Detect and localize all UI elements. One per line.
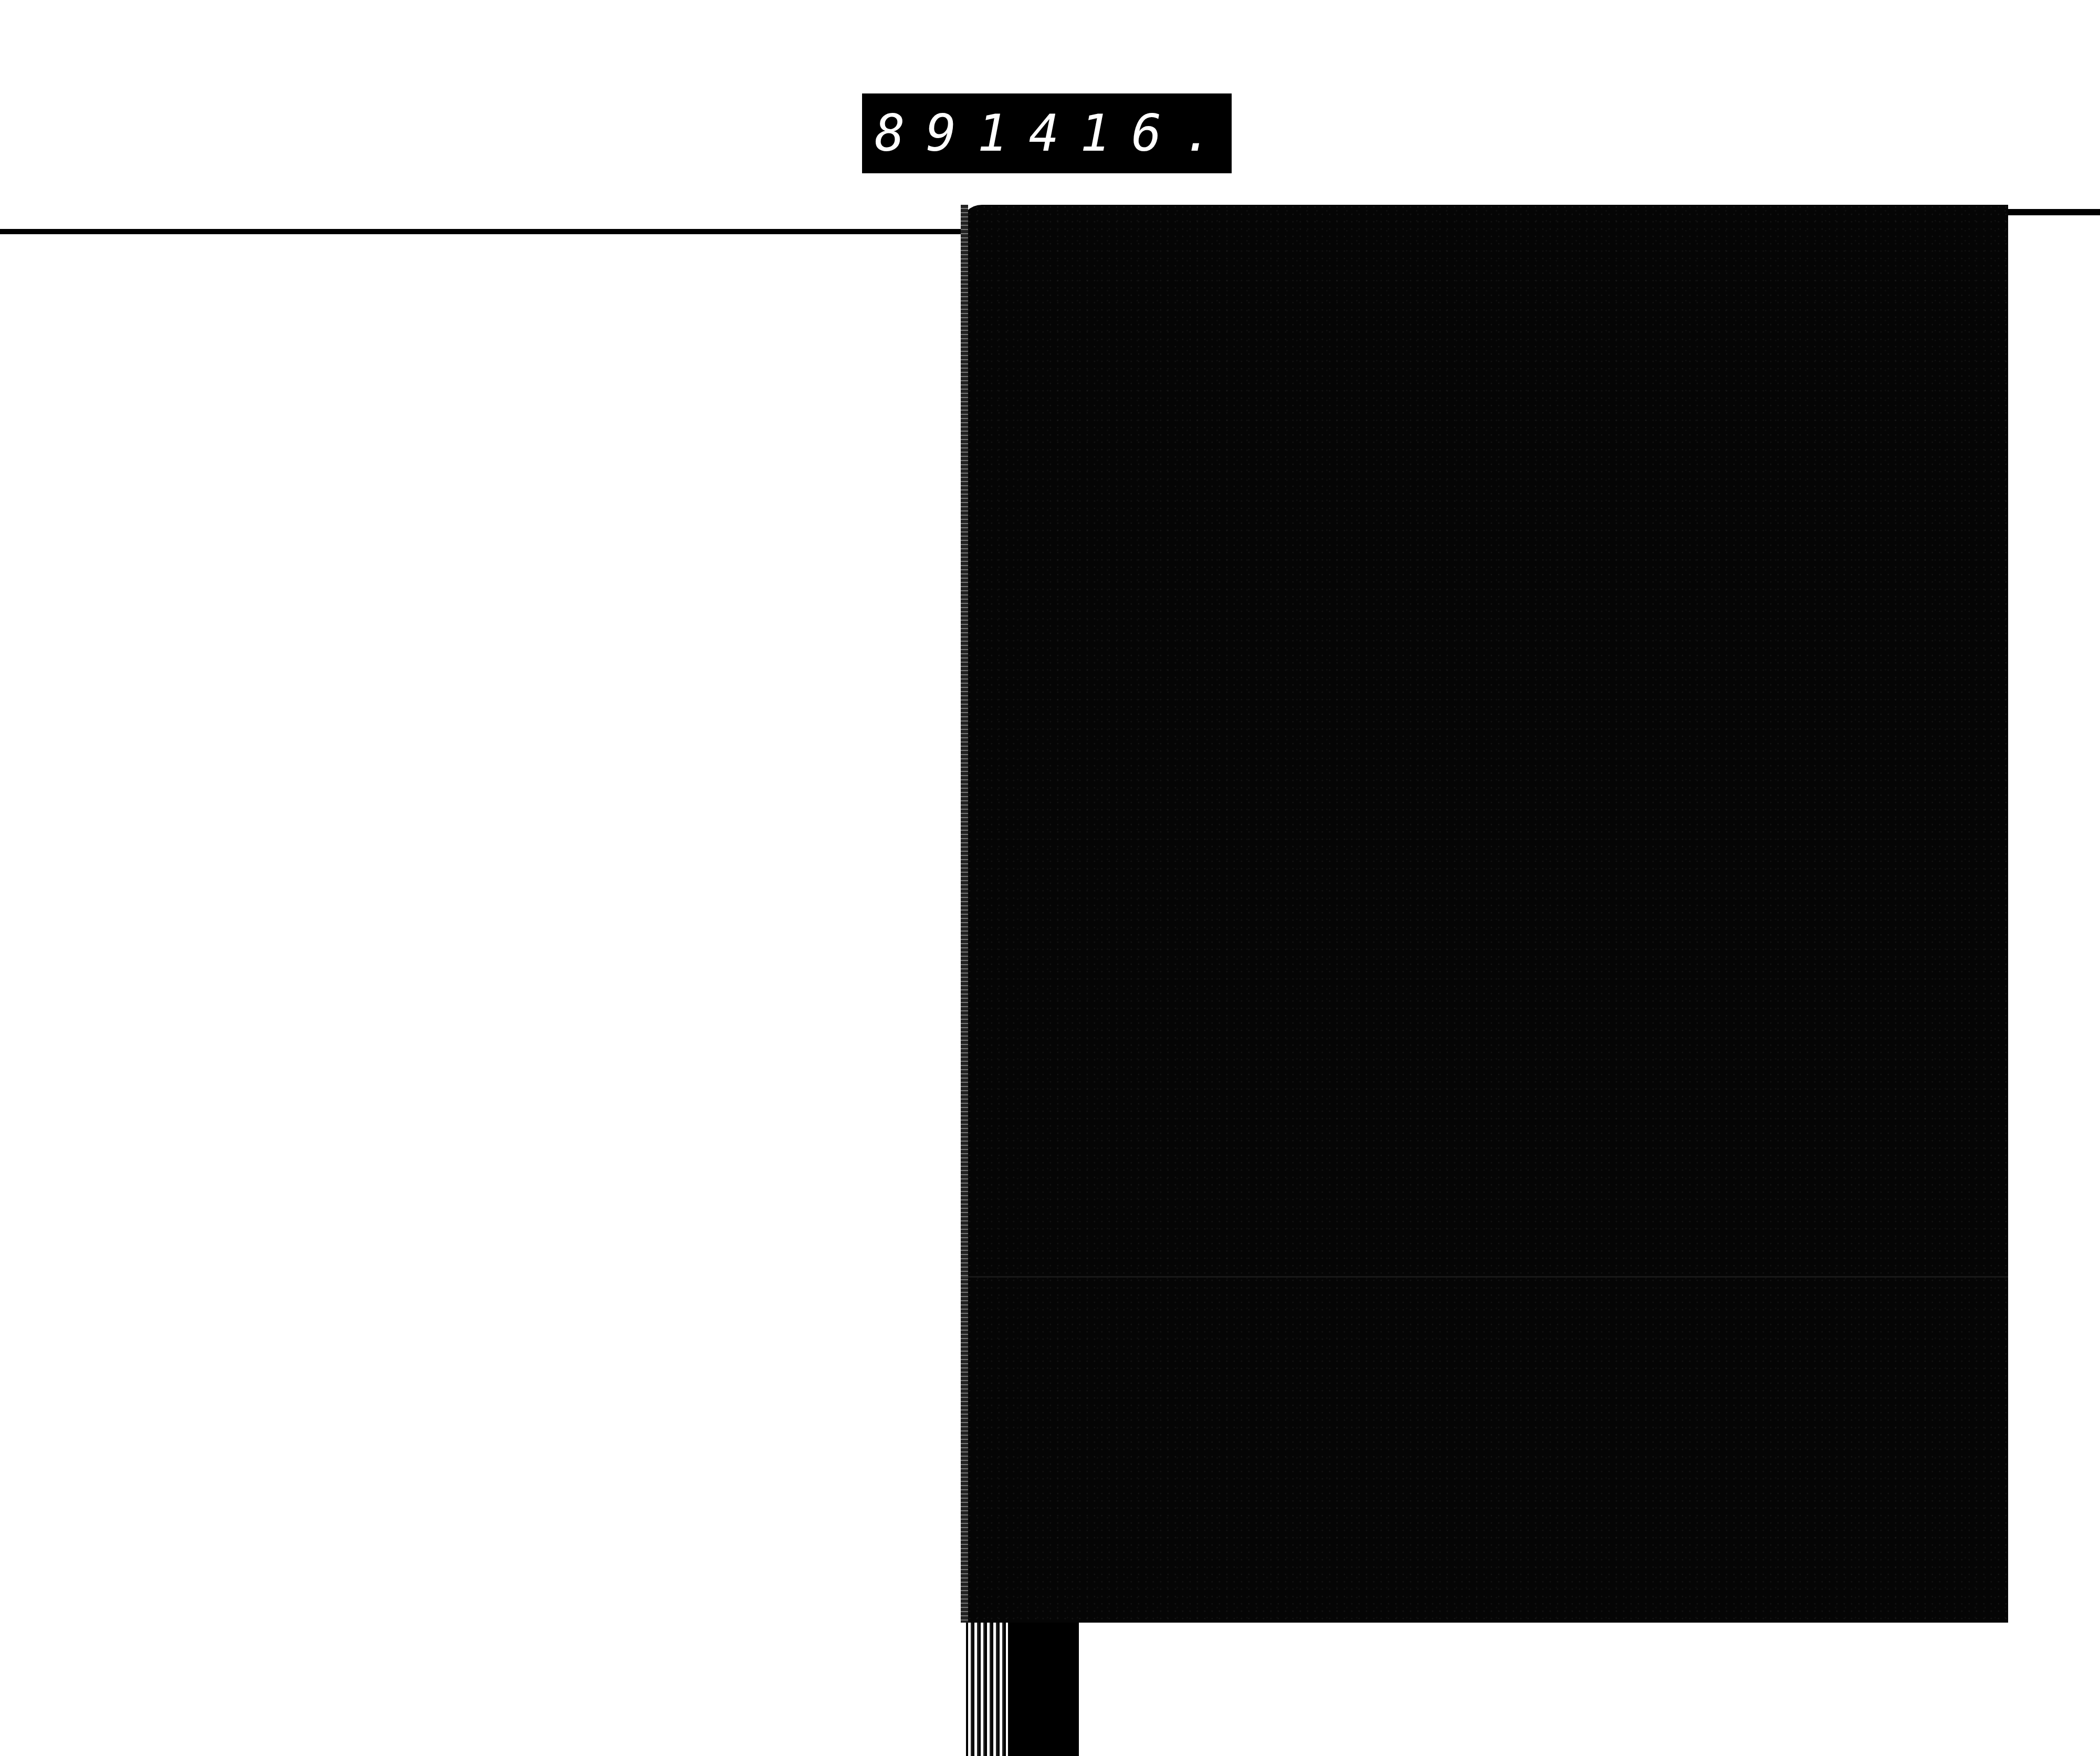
film-edge-line-left (0, 229, 971, 234)
page-fold-line (961, 1276, 2008, 1278)
page-grain-texture (961, 205, 2008, 1623)
dark-document-page (961, 205, 2008, 1623)
binding-spine-frayed-edge (966, 1623, 1008, 1756)
frame-counter-right: 416. (1028, 104, 1234, 163)
frame-counter: 891 416. (862, 93, 1232, 173)
page-left-edge (961, 205, 968, 1623)
frame-counter-left: 891 (875, 104, 1028, 163)
